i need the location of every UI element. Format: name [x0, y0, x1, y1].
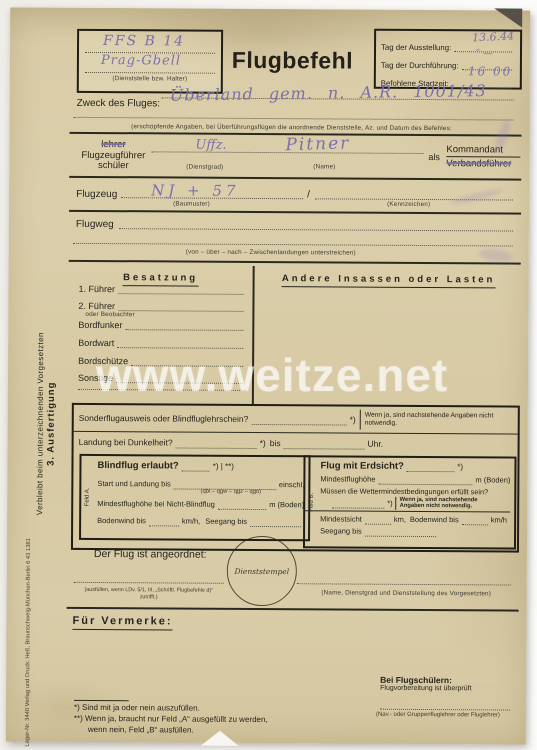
special-permit-blank	[251, 413, 346, 425]
scanned-photo: { "watermark": "www.weitze.net", "colors…	[0, 0, 537, 750]
footnote-mark: *)	[260, 438, 266, 448]
blindflug-row: Blindflug erlaubt? *) | **)	[97, 459, 304, 473]
signature-right-caption: (Name, Dienstgrad und Dienststellung des…	[309, 589, 504, 597]
wetterbedingungen-label: Müssen die Wettermindestbedingungen erfü…	[320, 486, 510, 496]
pilot-name-handwriting: Pitner	[285, 133, 350, 155]
feld-b-box: Feld B. Flug mit Erdsicht? *) Mindestflu…	[303, 455, 517, 549]
seegang-a-blank	[250, 516, 301, 527]
pilot-rank-caption: (Dienstgrad)	[186, 164, 223, 171]
pilot-role-stack: lehrer Flugzeugführer schüler	[77, 140, 149, 172]
other-occupants-heading: Andere Insassen oder Lasten	[282, 273, 496, 288]
wetter-answer-row: *) Wenn ja, sind nachstehende Angaben ni…	[320, 495, 510, 510]
commander-stack: Kommandant Verbandsführer	[446, 143, 520, 170]
stamp-label: Dienststempel	[234, 566, 289, 575]
feld-b-divider	[305, 510, 510, 512]
feld-a-tab: Feld A.	[81, 456, 95, 538]
mindesthoehe-a-blank	[218, 499, 266, 510]
bodenwind-b-blank	[462, 514, 488, 525]
blindflug-label: Blindflug erlaubt?	[97, 460, 178, 471]
kmh-label: km/h	[491, 516, 507, 525]
unit-name-handwriting: FFS B 14	[103, 33, 185, 50]
feld-b-tab: Feld B.	[305, 457, 319, 546]
crew-role-sublabel: oder Beobachter	[85, 311, 135, 318]
special-permit-label: Sonderflugausweis oder Blindfluglehrsche…	[79, 413, 249, 424]
stamp-circle: Dienststempel	[227, 536, 297, 606]
footnote-marks: *) | **)	[213, 462, 234, 471]
other-heading-wrap: Andere Insassen oder Lasten	[263, 268, 515, 288]
start-time-handwriting: 16 00	[468, 64, 512, 78]
purpose-label: Zweck des Fluges:	[77, 98, 160, 110]
als-label: als	[428, 152, 440, 162]
mindesthoehe-b-blank	[378, 474, 472, 486]
note-divider	[396, 496, 397, 509]
blank-field-line	[125, 319, 243, 331]
night-time-blank	[284, 438, 365, 449]
seegang-b-row: Seegang bis	[320, 525, 510, 538]
unit-box-caption: (Dienststelle bzw. Halter)	[79, 75, 221, 83]
km-label: km,	[394, 515, 406, 524]
boden-unit-label: m (Boden)	[269, 500, 304, 509]
aircraft-slash: /	[307, 189, 310, 200]
unit-place-handwriting: Prag-Gbell	[101, 53, 181, 68]
aircraft-reg-caption: (Kennzeichen)	[387, 201, 430, 208]
note-divider	[360, 410, 361, 430]
special-permit-note: Wenn ja, sind nachstehende Angaben nicht…	[365, 412, 513, 429]
night-landing-row: Landung bei Dunkelheit? *) bis Uhr.	[74, 432, 518, 455]
student-caption: (Nav.- oder Gruppenfluglehrer oder Flugl…	[376, 712, 516, 719]
permits-box: Sonderflugausweis oder Blindfluglehrsche…	[71, 403, 520, 553]
wetter-note: Wenn ja, sind nachstehende Angaben nicht…	[400, 496, 492, 510]
seegang-b-blank	[365, 525, 436, 536]
issue-date-label: Tag der Ausstellung:	[381, 43, 451, 52]
unit-box: FFS B 14 Prag-Gbell (Dienststelle bzw. H…	[77, 29, 223, 94]
issue-date-handwriting: 13.6.44	[472, 29, 515, 44]
crew-role-label: 1. Führer	[79, 284, 116, 294]
start-landung-label: Start und Landung bis	[97, 479, 170, 488]
special-permit-row: Sonderflugausweis oder Blindfluglehrsche…	[74, 405, 518, 435]
route-label: Flugweg	[76, 219, 114, 230]
mindesthoehe-a-row: Mindestflughöhe bei Nicht-Blindflug m (B…	[97, 497, 304, 511]
feld-a-box: Feld A. Blindflug erlaubt? *) | **) Star…	[79, 454, 311, 541]
pilot-rank-handwriting: Uffz.	[195, 138, 226, 153]
exec-date-label: Tag der Durchführung:	[381, 61, 459, 70]
exec-date-handwriting: ″ —	[476, 48, 493, 59]
student-sub: Flugvorbereitung ist überprüft	[380, 685, 471, 693]
unit-line-2	[85, 72, 215, 74]
bodenwind-a-row: Bodenwind bis km/h, Seegang bis	[97, 514, 304, 528]
mindesthoehe-b-label: Mindestflughöhe	[320, 474, 375, 483]
crew-role-label: Bordwart	[78, 338, 114, 348]
erdsicht-label: Flug mit Erdsicht?	[320, 460, 403, 472]
footnote-1: *) Sind mit ja oder nein auszufüllen.	[74, 703, 200, 713]
mindesthoehe-a-label: Mindestflughöhe bei Nicht-Blindflug	[97, 499, 215, 509]
wetter-blank	[332, 497, 384, 508]
footnote-3: wenn nein, Feld „B“ ausfüllen.	[88, 725, 194, 735]
corner-fold	[494, 8, 522, 27]
night-landing-label: Landung bei Dunkelheit?	[79, 437, 173, 448]
pilot-role-student: schüler	[77, 161, 149, 172]
crew-row: 1. Führer	[79, 283, 247, 295]
blank-field-line	[118, 283, 244, 295]
crew-role-label: Bordfunker	[78, 320, 122, 330]
page-title: Flugbefehl	[230, 47, 355, 75]
footnote-2: **) Wenn ja, braucht nur Feld „A“ ausgef…	[74, 714, 268, 724]
aircraft-type-caption: (Baumuster)	[173, 200, 210, 207]
footnote-mark: *)	[457, 462, 463, 471]
margin-keep-text: Verbleibt beim unterzeichnenden Vorgeset…	[35, 274, 46, 574]
date-box: Tag der Ausstellung: Tag der Durchführun…	[374, 29, 522, 90]
role-kommandant: Kommandant	[446, 143, 520, 157]
erdsicht-blank	[407, 461, 454, 472]
mindestsicht-blank	[365, 514, 391, 525]
boden-unit-label: m (Boden)	[475, 475, 510, 484]
erdsicht-row: Flug mit Erdsicht? *)	[320, 459, 510, 473]
weitze-watermark: www.weitze.net	[96, 348, 456, 402]
night-bis-label: bis	[270, 438, 281, 448]
kmh-label: km/h,	[182, 517, 200, 526]
crew-row: Bordfunker	[78, 319, 246, 331]
seegang-a-label: Seegang bis	[205, 517, 247, 526]
seegang-b-label: Seegang bis	[320, 526, 362, 535]
student-heading: Bei Flugschülern:	[380, 675, 452, 685]
qbl-caption: (qbl – qgw – qgz – qgo)	[157, 488, 304, 495]
footnote-mark: *)	[350, 415, 356, 425]
margin-copy-text: 3. Ausfertigung	[45, 274, 58, 574]
signature-left-caption: (ausfüllen, wenn LDv. 5/1, III, „Schrift…	[65, 587, 233, 601]
aircraft-label: Flugzeug	[76, 189, 117, 200]
aircraft-type-handwriting: NJ + 57	[151, 181, 239, 200]
paper-tear-notch	[201, 731, 239, 746]
bodenwind-a-label: Bodenwind bis	[97, 516, 146, 525]
night-landing-blank	[176, 437, 257, 448]
blank-field-line	[118, 300, 244, 312]
night-uhr-label: Uhr.	[368, 439, 384, 449]
margin-keep-note: Verbleibt beim unterzeichnenden Vorgeset…	[35, 274, 58, 574]
blindflug-blank	[182, 461, 210, 472]
bodenwind-b-label: Bodenwind bis	[410, 515, 459, 524]
crew-role-label: 2. Führer	[78, 301, 115, 311]
mindestsicht-label: Mindestsicht	[320, 515, 362, 524]
pilot-name-caption: (Name)	[313, 163, 335, 170]
remarks-heading: Für Vermerke:	[72, 615, 172, 631]
mindesthoehe-b-row: Mindestflughöhe m (Boden)	[320, 473, 510, 485]
role-verbandsfuehrer: Verbandsführer	[446, 157, 520, 170]
order-label: Der Flug ist angeordnet:	[94, 548, 207, 561]
einschl-label: einschl.	[279, 480, 304, 489]
bodenwind-a-blank	[149, 515, 179, 526]
footnote-mark: *)	[387, 498, 392, 507]
